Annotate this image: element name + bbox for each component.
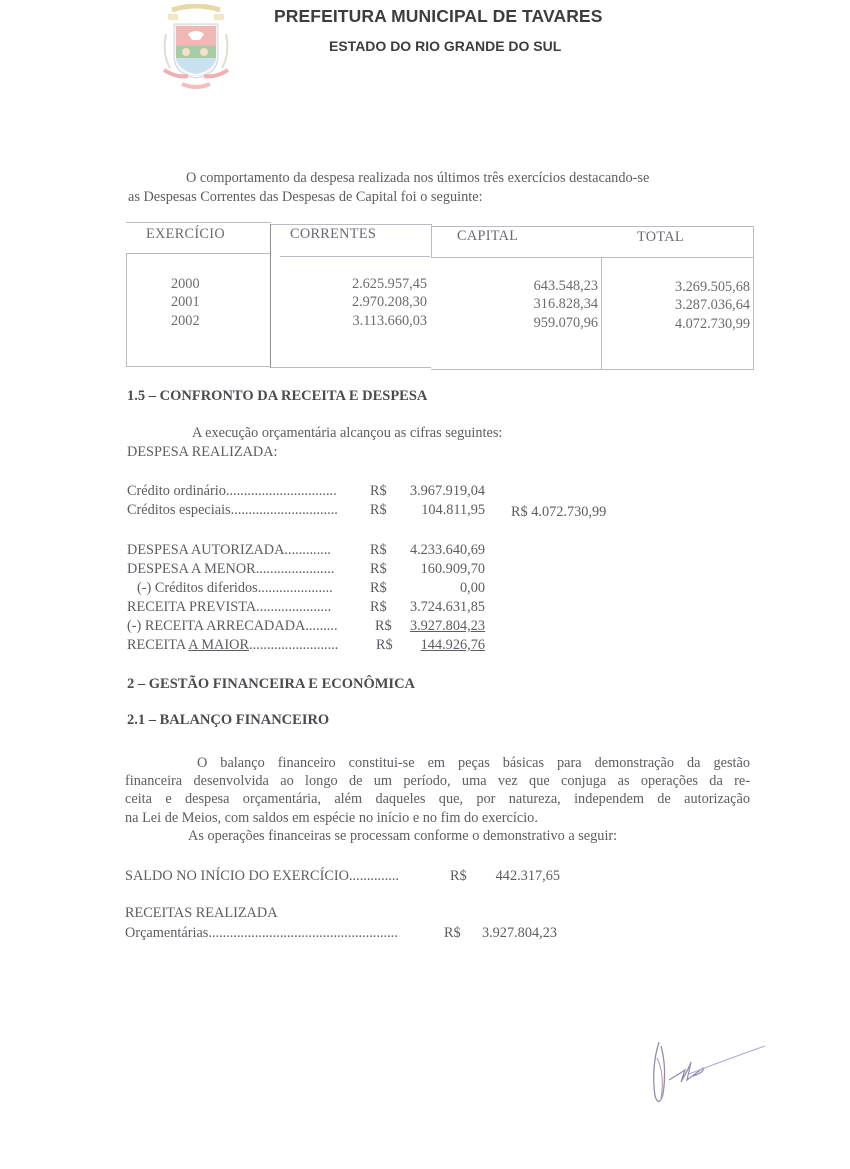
table-header-correntes: CORRENTES: [290, 226, 376, 243]
document-header-title: PREFEITURA MUNICIPAL DE TAVARES: [274, 6, 602, 27]
section-heading-2: 2 – GESTÃO FINANCEIRA E ECONÔMICA: [127, 676, 415, 693]
receitas-realizada-label: RECEITAS REALIZADA: [125, 905, 278, 922]
table-header-exercicio: EXERCÍCIO: [146, 226, 225, 243]
document-header-subtitle: ESTADO DO RIO GRANDE DO SUL: [329, 38, 561, 54]
table-header-capital: CAPITAL: [457, 228, 518, 245]
signature-icon: [645, 1038, 770, 1108]
balanco-financeiro-paragraph: O balanço financeiro constitui-se em peç…: [125, 754, 750, 845]
section-heading-2-1: 2.1 – BALANÇO FINANCEIRO: [127, 712, 329, 729]
section-heading-1-5: 1.5 – CONFRONTO DA RECEITA E DESPESA: [127, 388, 427, 405]
coat-of-arms-icon: [158, 4, 234, 92]
despesa-realizada-total: R$ 4.072.730,99: [511, 504, 606, 521]
despesa-realizada-label: DESPESA REALIZADA:: [127, 444, 278, 461]
table-header-total: TOTAL: [637, 229, 684, 246]
section-1-5-intro: A execução orçamentária alcançou as cifr…: [192, 425, 502, 442]
intro-paragraph: O comportamento da despesa realizada nos…: [128, 169, 748, 206]
